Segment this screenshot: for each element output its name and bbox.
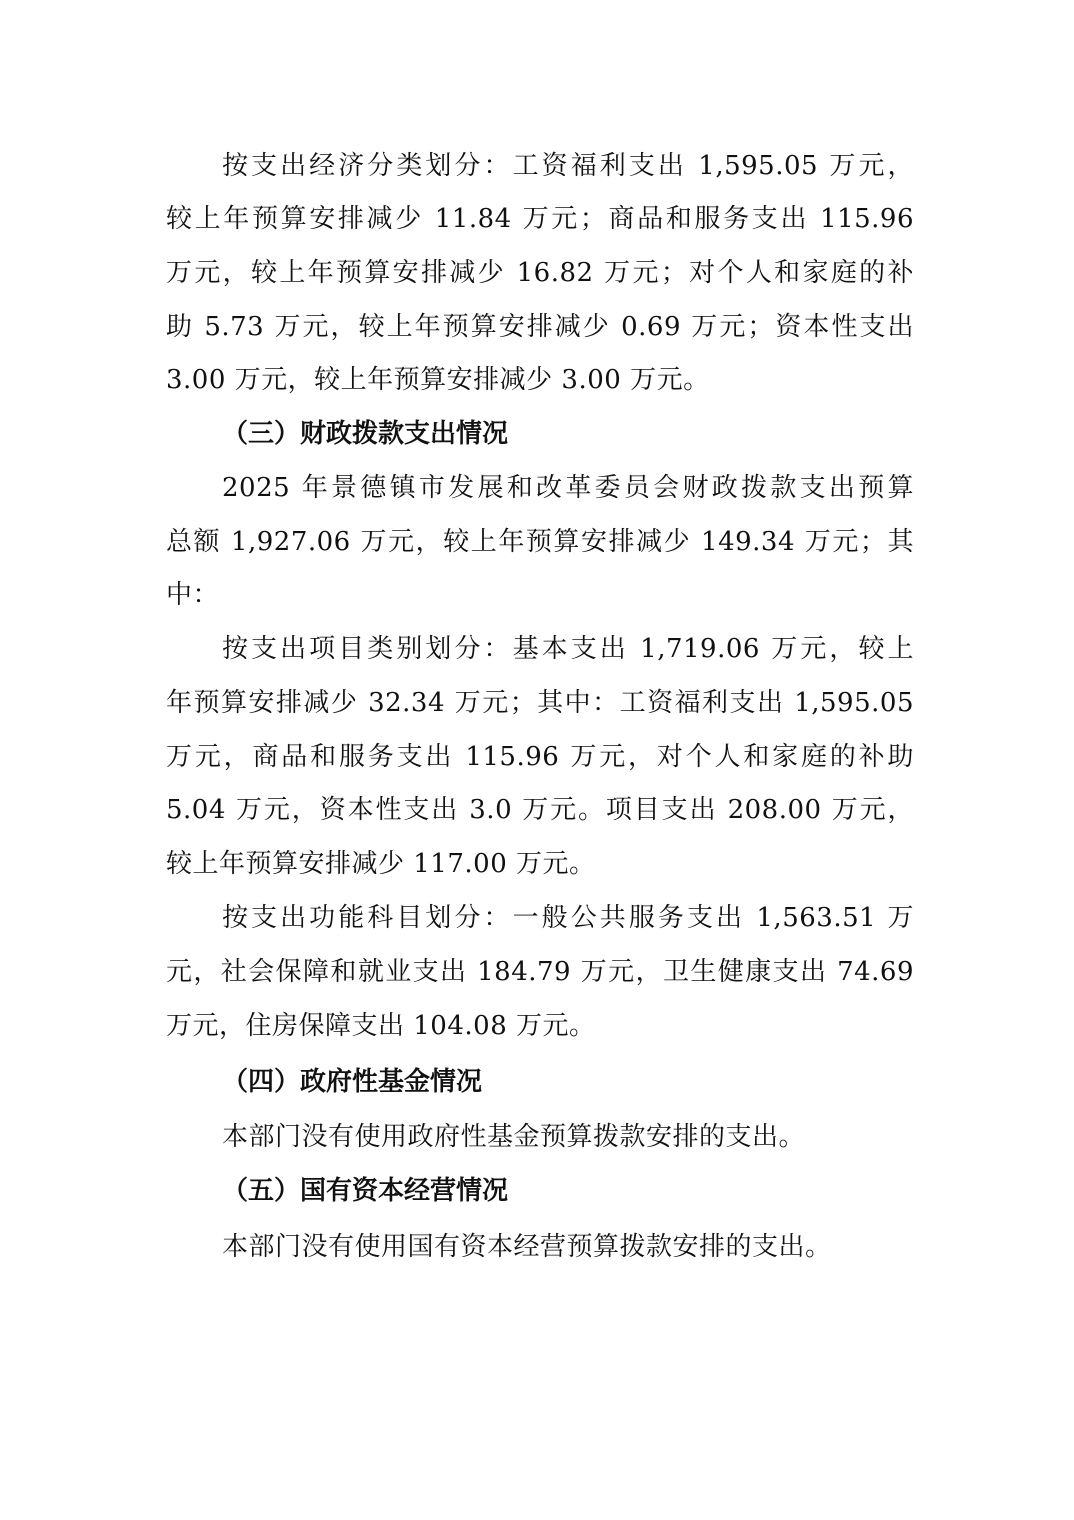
paragraph-fiscal-line-3: 中： <box>166 580 914 610</box>
document-page: 按支出经济分类划分：工资福利支出 1,595.05 万元， 较上年预算安排减少 … <box>0 0 1074 1520</box>
paragraph-econ-line-2: 较上年预算安排减少 11.84 万元；商品和服务支出 115.96 <box>166 204 914 234</box>
paragraph-function-line-1: 按支出功能科目划分：一般公共服务支出 1,563.51 万 <box>222 903 914 933</box>
paragraph-project-line-5: 较上年预算安排减少 117.00 万元。 <box>166 849 914 879</box>
paragraph-function-line-3: 万元，住房保障支出 104.08 万元。 <box>166 1011 914 1041</box>
paragraph-project-line-3: 万元，商品和服务支出 115.96 万元，对个人和家庭的补助 <box>166 742 914 772</box>
paragraph-fiscal-line-1: 2025 年景德镇市发展和改革委员会财政拨款支出预算 <box>222 473 914 503</box>
section-heading-5: （五）国有资本经营情况 <box>222 1176 508 1206</box>
paragraph-project-line-1: 按支出项目类别划分：基本支出 1,719.06 万元，较上 <box>222 634 914 664</box>
paragraph-econ-line-3: 万元，较上年预算安排减少 16.82 万元；对个人和家庭的补 <box>166 258 914 288</box>
paragraph-project-line-2: 年预算安排减少 32.34 万元；其中：工资福利支出 1,595.05 <box>166 688 914 718</box>
paragraph-project-line-4: 5.04 万元，资本性支出 3.0 万元。项目支出 208.00 万元， <box>166 795 914 825</box>
paragraph-econ-line-1: 按支出经济分类划分：工资福利支出 1,595.05 万元， <box>222 151 914 181</box>
paragraph-econ-line-4: 助 5.73 万元，较上年预算安排减少 0.69 万元；资本性支出 <box>166 312 914 342</box>
section-heading-4: （四）政府性基金情况 <box>222 1067 482 1097</box>
paragraph-function-line-2: 元，社会保障和就业支出 184.79 万元，卫生健康支出 74.69 <box>166 957 914 987</box>
paragraph-gov-fund: 本部门没有使用政府性基金预算拨款安排的支出。 <box>222 1122 914 1152</box>
paragraph-fiscal-line-2: 总额 1,927.06 万元，较上年预算安排减少 149.34 万元；其 <box>166 527 914 557</box>
paragraph-state-capital: 本部门没有使用国有资本经营预算拨款安排的支出。 <box>222 1232 914 1262</box>
section-heading-3: （三）财政拨款支出情况 <box>222 419 508 449</box>
paragraph-econ-line-5: 3.00 万元，较上年预算安排减少 3.00 万元。 <box>166 365 914 395</box>
